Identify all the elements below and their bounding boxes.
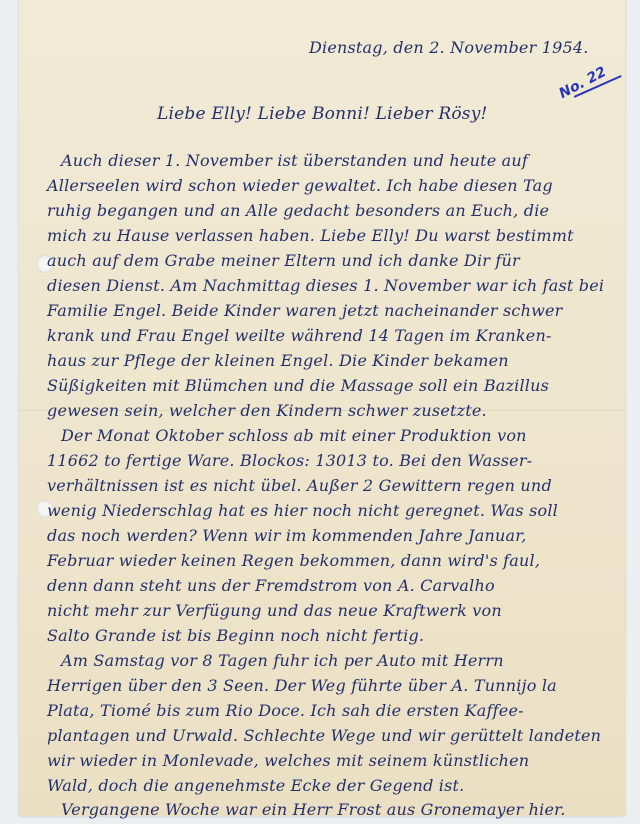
body-line: Am Samstag vor 8 Tagen fuhr ich per Auto… [61,651,504,670]
letter-salutation: Liebe Elly! Liebe Bonni! Lieber Rösy! [157,104,488,124]
body-line: plantagen und Urwald. Schlechte Wege und… [47,726,601,745]
body-line: Der Monat Oktober schloss ab mit einer P… [61,426,527,445]
body-line: nicht mehr zur Verfügung und das neue Kr… [47,601,502,620]
body-line: Süßigkeiten mit Blümchen und die Massage… [47,376,549,395]
body-line: 11662 to fertige Ware. Blockos: 13013 to… [47,451,532,470]
body-line: wir wieder in Monlevade, welches mit sei… [47,751,529,770]
body-line: Familie Engel. Beide Kinder waren jetzt … [47,301,563,320]
body-line: mich zu Hause verlassen haben. Liebe Ell… [47,226,574,245]
body-line: denn dann steht uns der Fremdstrom von A… [47,576,495,595]
body-line: verhältnissen ist es nicht übel. Außer 2… [47,476,552,495]
body-line: Salto Grande ist bis Beginn noch nicht f… [47,626,424,645]
body-line: diesen Dienst. Am Nachmittag dieses 1. N… [47,276,604,295]
body-line: auch auf dem Grabe meiner Eltern und ich… [47,251,520,270]
body-line: Auch dieser 1. November ist überstanden … [61,151,528,170]
letter-page: Dienstag, den 2. November 1954. No. 22 L… [19,0,625,816]
body-line: wenig Niederschlag hat es hier noch nich… [47,501,558,520]
body-line: Herrigen über den 3 Seen. Der Weg führte… [47,676,557,695]
body-line: gewesen sein, welcher den Kindern schwer… [47,401,487,420]
body-line: ruhig begangen und an Alle gedacht beson… [47,201,549,220]
body-line: das noch werden? Wenn wir im kommenden J… [47,526,527,545]
body-line: Plata, Tiomé bis zum Rio Doce. Ich sah d… [47,701,524,720]
body-line: Wald, doch die angenehmste Ecke der Gege… [47,776,464,795]
letter-date: Dienstag, den 2. November 1954. [309,38,589,57]
body-line: Februar wieder keinen Regen bekommen, da… [47,551,540,570]
body-line: krank und Frau Engel weilte während 14 T… [47,326,552,345]
body-line: Vergangene Woche war ein Herr Frost aus … [61,800,566,819]
body-line: Allerseelen wird schon wieder gewaltet. … [47,176,553,195]
body-line: haus zur Pflege der kleinen Engel. Die K… [47,351,509,370]
